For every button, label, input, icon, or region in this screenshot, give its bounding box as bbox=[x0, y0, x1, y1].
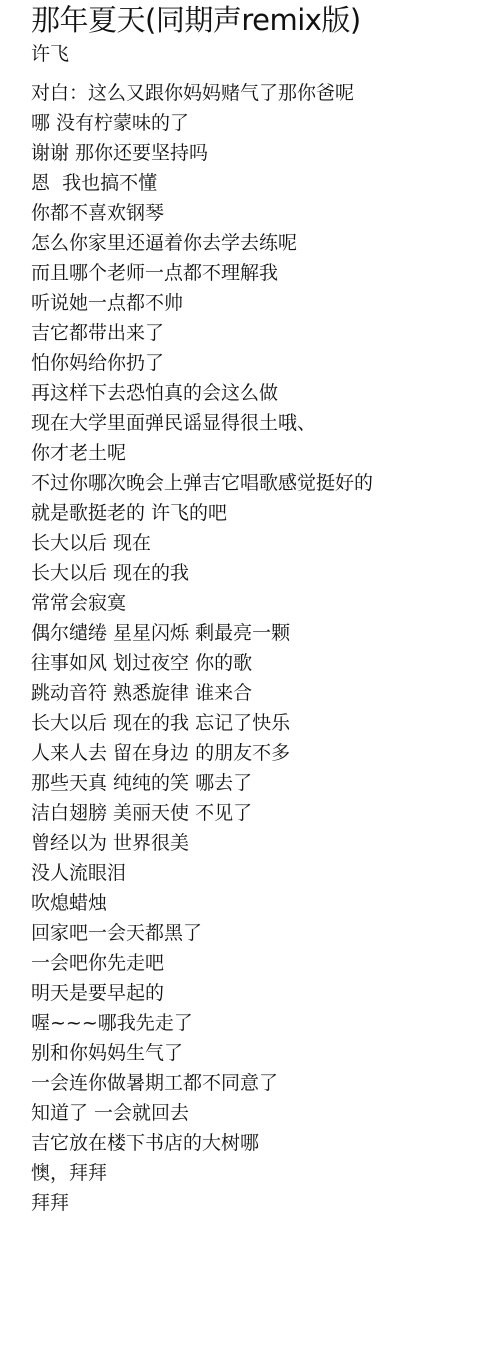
lyric-line: 你才老土呢 bbox=[31, 438, 373, 468]
lyric-line: 哪 没有柠蒙味的了 bbox=[31, 108, 373, 138]
lyric-line: 洁白翅膀 美丽天使 不见了 bbox=[31, 798, 373, 828]
lyric-line: 你都不喜欢钢琴 bbox=[31, 198, 373, 228]
lyric-line: 一会吧你先走吧 bbox=[31, 948, 373, 978]
lyric-line: 怕你妈给你扔了 bbox=[31, 348, 373, 378]
lyric-line: 明天是要早起的 bbox=[31, 978, 373, 1008]
lyric-line: 跳动音符 熟悉旋律 谁来合 bbox=[31, 678, 373, 708]
lyric-line: 往事如风 划过夜空 你的歌 bbox=[31, 648, 373, 678]
lyric-line: 吹熄蜡烛 bbox=[31, 888, 373, 918]
lyric-line: 恩 我也搞不懂 bbox=[31, 168, 373, 198]
lyrics-list: 对白：这么又跟你妈妈赌气了那你爸呢哪 没有柠蒙味的了谢谢 那你还要坚持吗恩 我也… bbox=[31, 78, 373, 1218]
lyric-line: 就是歌挺老的 许飞的吧 bbox=[31, 498, 373, 528]
lyric-line: 人来人去 留在身边 的朋友不多 bbox=[31, 738, 373, 768]
lyric-line: 喔~~~哪我先走了 bbox=[31, 1008, 373, 1038]
lyric-line: 懊，拜拜 bbox=[31, 1158, 373, 1188]
lyric-line: 听说她一点都不帅 bbox=[31, 288, 373, 318]
lyric-line: 知道了 一会就回去 bbox=[31, 1098, 373, 1128]
lyric-line: 吉它放在楼下书店的大树哪 bbox=[31, 1128, 373, 1158]
lyric-line: 拜拜 bbox=[31, 1188, 373, 1218]
lyric-line: 吉它都带出来了 bbox=[31, 318, 373, 348]
lyric-line: 不过你哪次晚会上弹吉它唱歌感觉挺好的 bbox=[31, 468, 373, 498]
lyric-line: 现在大学里面弹民谣显得很土哦、 bbox=[31, 408, 373, 438]
lyric-line: 长大以后 现在 bbox=[31, 528, 373, 558]
lyric-line: 曾经以为 世界很美 bbox=[31, 828, 373, 858]
lyric-line: 谢谢 那你还要坚持吗 bbox=[31, 138, 373, 168]
lyric-line: 回家吧一会天都黑了 bbox=[31, 918, 373, 948]
lyric-line: 对白：这么又跟你妈妈赌气了那你爸呢 bbox=[31, 78, 373, 108]
song-title: 那年夏天(同期声remix版) bbox=[31, 2, 361, 38]
lyric-line: 没人流眼泪 bbox=[31, 858, 373, 888]
lyric-line: 别和你妈妈生气了 bbox=[31, 1038, 373, 1068]
lyric-line: 偶尔缱绻 星星闪烁 剩最亮一颗 bbox=[31, 618, 373, 648]
lyric-line: 而且哪个老师一点都不理解我 bbox=[31, 258, 373, 288]
lyric-line: 那些天真 纯纯的笑 哪去了 bbox=[31, 768, 373, 798]
artist-name: 许飞 bbox=[31, 40, 69, 68]
lyric-line: 常常会寂寞 bbox=[31, 588, 373, 618]
lyric-line: 再这样下去恐怕真的会这么做 bbox=[31, 378, 373, 408]
lyric-line: 长大以后 现在的我 忘记了快乐 bbox=[31, 708, 373, 738]
lyric-line: 长大以后 现在的我 bbox=[31, 558, 373, 588]
lyric-line: 一会连你做暑期工都不同意了 bbox=[31, 1068, 373, 1098]
lyric-line: 怎么你家里还逼着你去学去练呢 bbox=[31, 228, 373, 258]
